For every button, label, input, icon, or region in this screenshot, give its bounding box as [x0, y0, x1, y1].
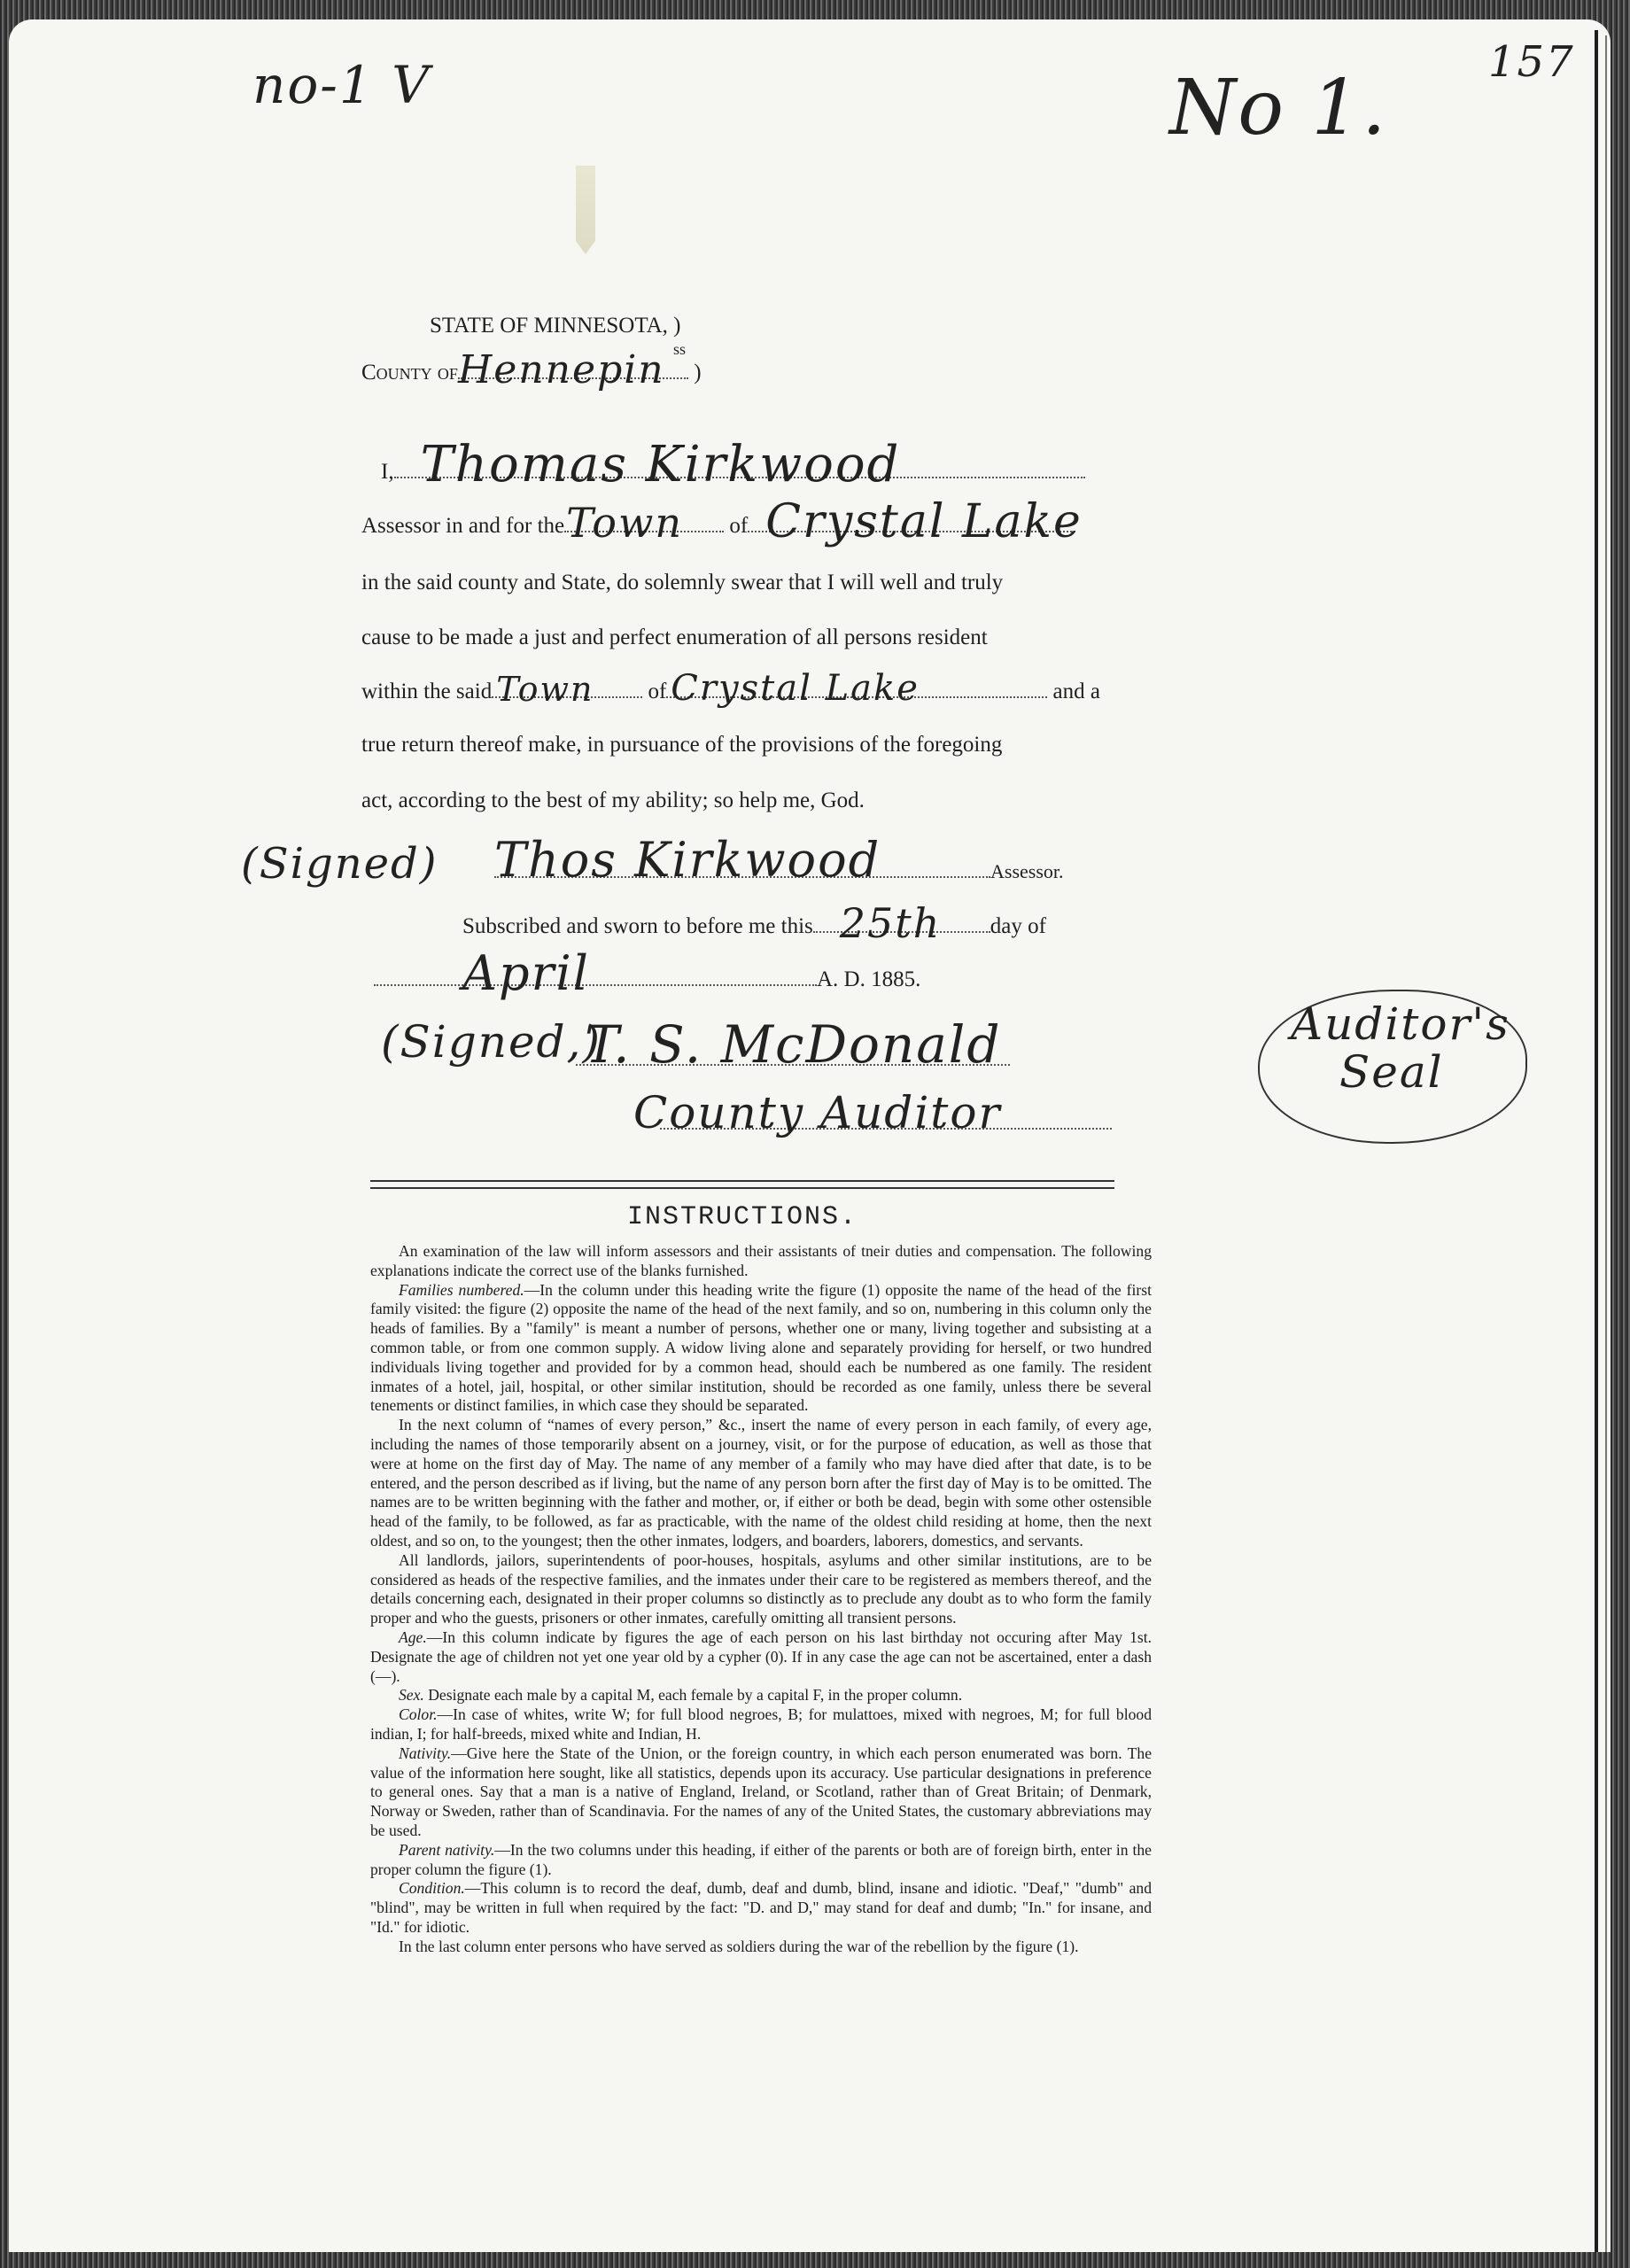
- county-value: Hennepin: [458, 347, 665, 392]
- instr-nativity-text: —Give here the State of the Union, or th…: [370, 1744, 1152, 1839]
- signed-note: (Signed): [241, 839, 438, 889]
- instr-families-lead: Families numbered.: [399, 1281, 524, 1299]
- instr-color: Color.—In case of whites, write W; for f…: [370, 1705, 1152, 1744]
- document-page: no-1 V No 1. 157 STATE OF MINNESOTA, ) s…: [9, 19, 1611, 2252]
- auditor-title-field: County Auditor: [660, 1128, 1112, 1130]
- margin-note-number: No 1.: [1169, 64, 1387, 152]
- auditor-title-line: County Auditor: [660, 1111, 1112, 1136]
- margin-note-left: no-1 V: [252, 55, 431, 115]
- within-of-label: of: [648, 680, 666, 703]
- auditor-signature-value: T. S. McDonald: [585, 1014, 1001, 1075]
- month-value: April: [462, 945, 590, 1001]
- instr-nativity: Nativity.—Give here the State of the Uni…: [370, 1744, 1152, 1841]
- instr-nativity-lead: Nativity.: [399, 1744, 451, 1762]
- instr-condition-lead: Condition.: [399, 1879, 465, 1897]
- instr-soldiers-text: In the last column enter persons who hav…: [399, 1938, 1079, 1955]
- month-line: AprilA. D. 1885.: [374, 967, 920, 992]
- oath-line-6: true return thereof make, in pursuance o…: [361, 733, 1002, 757]
- day-value: 25th: [840, 899, 942, 947]
- instr-condition-text: —This column is to record the deaf, dumb…: [370, 1879, 1152, 1936]
- jurisdiction-name-value: Crystal Lake: [765, 495, 1083, 548]
- divider-top: [370, 1180, 1114, 1182]
- assessor-name-field: Thomas Kirkwood: [394, 477, 1085, 478]
- assessor-title-label: Assessor.: [990, 860, 1064, 882]
- jurisdiction-type-value: Town: [566, 499, 683, 547]
- oath-line-4: cause to be made a just and perfect enum…: [361, 625, 988, 650]
- county-label: County of: [361, 361, 458, 384]
- ss-label: ss: [673, 340, 686, 359]
- instr-institutions-text: All landlords, jailors, superintendents …: [370, 1551, 1152, 1627]
- seal-line-1: Auditor's: [1291, 998, 1556, 1050]
- assessor-signature-field: Thos Kirkwood: [494, 876, 990, 878]
- instr-soldiers: In the last column enter persons who hav…: [370, 1938, 1152, 1957]
- state-label: STATE OF MINNESOTA,: [430, 314, 668, 338]
- within-type-value: Town: [496, 670, 594, 709]
- within-type-field: Town: [492, 696, 642, 698]
- instr-sex-lead: Sex.: [399, 1686, 424, 1704]
- seal-line-2: Seal: [1339, 1046, 1605, 1098]
- tape-mark: [576, 166, 595, 254]
- instr-age: Age.—In this column indicate by figures …: [370, 1628, 1152, 1686]
- auditor-seal: Auditor's Seal: [1258, 990, 1527, 1144]
- instructions-body: An examination of the law will inform as…: [370, 1242, 1152, 1956]
- instr-intro-text: An examination of the law will inform as…: [370, 1242, 1152, 1279]
- assessor-name-value: Thomas Kirkwood: [421, 436, 901, 493]
- assessor-for-label: Assessor in and for the: [361, 514, 564, 538]
- within-name-field: Crystal Lake: [666, 696, 1047, 698]
- instructions-title: INSTRUCTIONS.: [370, 1202, 1114, 1232]
- auditor-signed-note: (Signed,): [381, 1016, 602, 1068]
- within-line: within the saidTown ofCrystal Lake and a: [361, 680, 1100, 704]
- of-label: of: [729, 514, 748, 538]
- jurisdiction-name-field: Crystal Lake: [748, 531, 1075, 532]
- assessor-signature-line: Thos KirkwoodAssessor.: [494, 859, 1064, 884]
- county-field: Hennepin: [458, 377, 688, 379]
- day-of-label: day of: [990, 914, 1046, 938]
- auditor-signature-line: T. S. McDonald: [576, 1047, 1010, 1072]
- subscribed-label: Subscribed and sworn to before me this: [462, 914, 813, 938]
- instr-sex-text: Designate each male by a capital M, each…: [424, 1686, 962, 1704]
- year-label: A. D. 1885.: [817, 967, 920, 991]
- jurat-line: Subscribed and sworn to before me this25…: [462, 914, 1046, 939]
- assessor-name-line: I,Thomas Kirkwood: [381, 460, 1085, 485]
- instr-intro: An examination of the law will inform as…: [370, 1242, 1152, 1281]
- state-line: STATE OF MINNESOTA, ): [430, 314, 681, 338]
- instr-color-lead: Color.: [399, 1705, 438, 1723]
- assessor-signature-value: Thos Kirkwood: [494, 832, 881, 888]
- instr-institutions: All landlords, jailors, superintendents …: [370, 1551, 1152, 1628]
- auditor-title-value: County Auditor: [633, 1087, 1001, 1138]
- jurisdiction-line: Assessor in and for theTown ofCrystal La…: [361, 514, 1075, 539]
- page-edge-line: [1595, 30, 1598, 2252]
- instr-parent-nativity-lead: Parent nativity.: [399, 1841, 494, 1859]
- within-name-value: Crystal Lake: [671, 668, 920, 709]
- page-number: 157: [1488, 37, 1575, 87]
- month-field: April: [374, 984, 817, 986]
- i-label: I,: [381, 460, 394, 484]
- instr-age-lead: Age.: [399, 1628, 427, 1646]
- and-a-label: and a: [1053, 680, 1100, 703]
- auditor-signature-field: T. S. McDonald: [576, 1064, 1010, 1066]
- instr-names-text: In the next column of “names of every pe…: [370, 1416, 1152, 1550]
- instr-parent-nativity: Parent nativity.—In the two columns unde…: [370, 1841, 1152, 1880]
- divider-bottom: [370, 1187, 1114, 1189]
- instr-names: In the next column of “names of every pe…: [370, 1416, 1152, 1551]
- county-line: County ofHennepin ): [361, 361, 702, 385]
- jurisdiction-type-field: Town: [564, 531, 724, 532]
- instr-families: Families numbered.—In the column under t…: [370, 1281, 1152, 1417]
- day-field: 25th: [813, 931, 990, 933]
- instr-sex: Sex. Designate each male by a capital M,…: [370, 1686, 1152, 1705]
- instr-condition: Condition.—This column is to record the …: [370, 1879, 1152, 1937]
- instr-color-text: —In case of whites, write W; for full bl…: [370, 1705, 1152, 1743]
- page-edge-line-secondary: [1605, 35, 1607, 2252]
- instr-families-text: —In the column under this heading write …: [370, 1281, 1152, 1415]
- oath-line-7: act, according to the best of my ability…: [361, 788, 865, 813]
- instr-age-text: —In this column indicate by figures the …: [370, 1628, 1152, 1685]
- oath-line-3: in the said county and State, do solemnl…: [361, 571, 1003, 595]
- within-label: within the said: [361, 680, 492, 703]
